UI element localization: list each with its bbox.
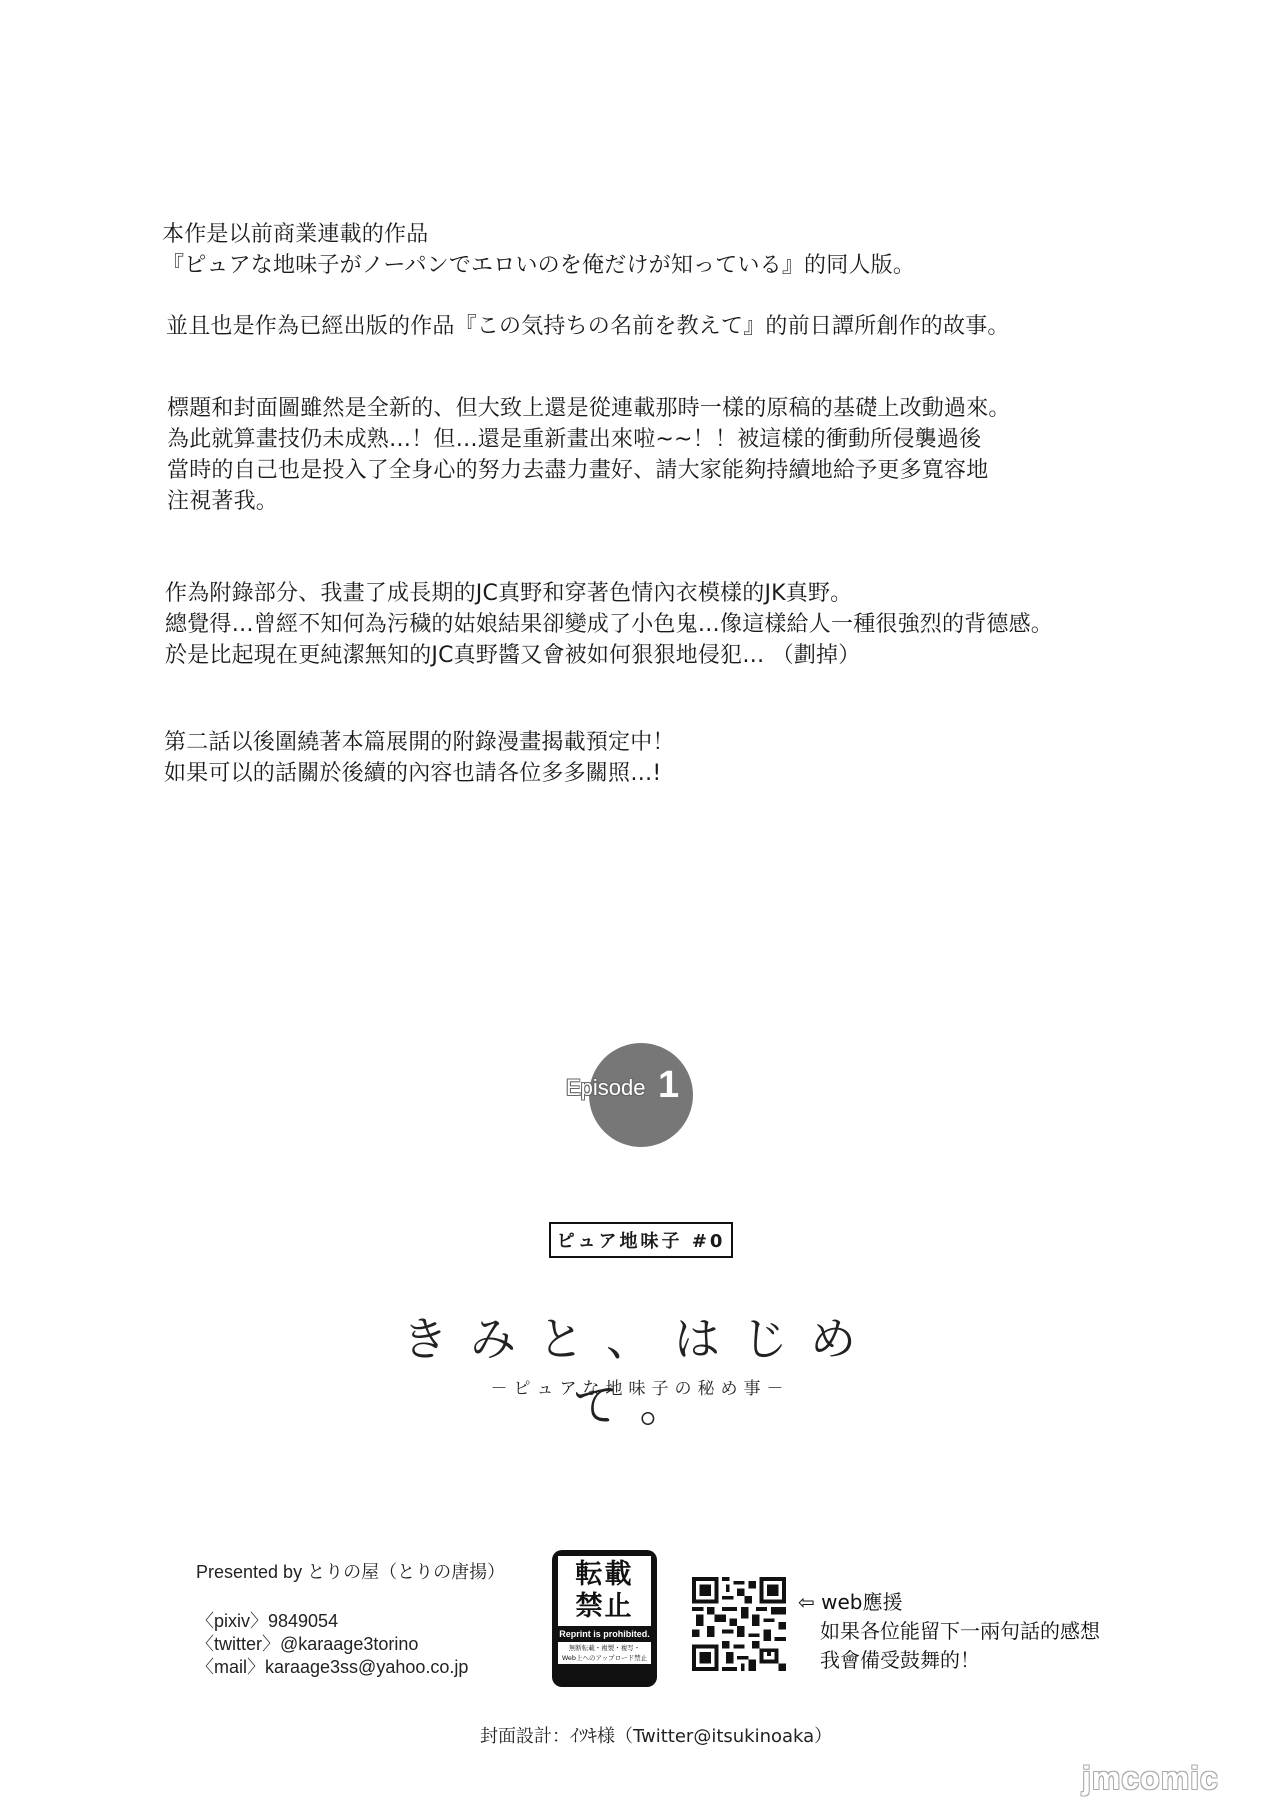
afterword-paragraph-5: 第二話以後圍繞著本篇展開的附錄漫畫揭載預定中！ 如果可以的話關於後續的內容也請各… [164,727,675,789]
text-line: 於是比起現在更純潔無知的JC真野醬又會被如何狠狠地侵犯… （劃掉） [165,640,1053,671]
series-tag-text: ピュア地味子 #0 [557,1227,726,1253]
story-title: きみと、はじめて。 [390,1303,890,1435]
web-support-line2: 我會備受鼓舞的！ [798,1646,1100,1675]
text-line: 第二話以後圍繞著本篇展開的附錄漫畫揭載預定中！ [164,727,675,758]
reprint-note-line1: 無断転載・複製・複写・ [558,1643,651,1653]
left-arrow-icon: ⇦ [798,1590,815,1614]
reprint-badge-line1: 転載 [576,1559,634,1591]
reprint-prohibited-badge: 転載 禁止 Reprint is prohibited. 無断転載・複製・複写・… [552,1550,657,1687]
pixiv-id: 〈pixiv〉9849054 [196,1610,505,1633]
qr-code-icon[interactable] [692,1577,786,1671]
web-support-heading: ⇦ web應援 [798,1588,1100,1617]
reprint-badge-english: Reprint is prohibited. [558,1629,651,1639]
text-line: 為此就算畫技仍未成熟…！但…還是重新畫出來啦~~！！被這樣的衝動所侵襲過後 [167,424,1011,455]
reprint-badge-line2: 禁止 [576,1591,634,1623]
manga-afterword-page: 本作是以前商業連載的作品 『ピュアな地味子がノーパンでエロいのを俺だけが知ってい… [0,0,1280,1807]
cover-design-credit: 封面設計：ｲﾂｷ様（Twitter@itsukinoaka） [480,1722,832,1748]
episode-number: 1 [658,1064,679,1107]
web-support-line1: 如果各位能留下一兩句話的感想 [798,1617,1100,1646]
story-subtitle: －ピュアな地味子の秘め事－ [390,1374,890,1399]
text-line: 如果可以的話關於後續的內容也請各位多多關照…! [164,758,675,789]
afterword-paragraph-4: 作為附錄部分、我畫了成長期的JC真野和穿著色情內衣模樣的JK真野。 總覺得…曾經… [165,578,1053,671]
web-support-note: ⇦ web應援 如果各位能留下一兩句話的感想 我會備受鼓舞的！ [798,1588,1100,1675]
afterword-paragraph-2: 並且也是作為已經出版的作品『この気持ちの名前を教えて』的前日譚所創作的故事。 [166,311,1010,342]
text-line: 『ピュアな地味子がノーパンでエロいのを俺だけが知っている』的同人版。 [162,250,915,281]
text-line: 本作是以前商業連載的作品 [162,219,915,250]
reprint-badge-note: 無断転載・複製・複写・ Web上へのアップロード禁止 [558,1642,651,1664]
author-credits: Presented by とりの屋（とりの唐揚） 〈pixiv〉9849054 … [196,1561,505,1679]
text-line: 標題和封面圖雖然是全新的、但大致上還是從連載那時一樣的原稿的基礎上改動過來。 [167,393,1011,424]
afterword-paragraph-3: 標題和封面圖雖然是全新的、但大致上還是從連載那時一樣的原稿的基礎上改動過來。 為… [167,393,1011,517]
text-line: 注視著我。 [167,486,1011,517]
presented-by: Presented by とりの屋（とりの唐揚） [196,1561,505,1584]
twitter-handle: 〈twitter〉@karaage3torino [196,1633,505,1656]
reprint-note-line2: Web上へのアップロード禁止 [558,1653,651,1663]
afterword-paragraph-1: 本作是以前商業連載的作品 『ピュアな地味子がノーパンでエロいのを俺だけが知ってい… [162,219,915,281]
text-line: 並且也是作為已經出版的作品『この気持ちの名前を教えて』的前日譚所創作的故事。 [166,311,1010,342]
mail-address: 〈mail〉karaage3ss@yahoo.co.jp [196,1656,505,1679]
text-line: 作為附錄部分、我畫了成長期的JC真野和穿著色情內衣模樣的JK真野。 [165,578,1053,609]
site-watermark-logo: jmcomic [1082,1760,1219,1797]
text-line: 當時的自己也是投入了全身心的努力去盡力畫好、請大家能夠持續地給予更多寬容地 [167,455,1011,486]
series-tag: ピュア地味子 #0 [549,1222,733,1258]
web-support-label: web應援 [821,1590,902,1614]
text-line: 總覺得…曾經不知何為污穢的姑娘結果卻變成了小色鬼…像這樣給人一種很強烈的背德感。 [165,609,1053,640]
episode-label: Episode [566,1075,646,1101]
reprint-badge-kanji: 転載 禁止 [558,1556,651,1626]
